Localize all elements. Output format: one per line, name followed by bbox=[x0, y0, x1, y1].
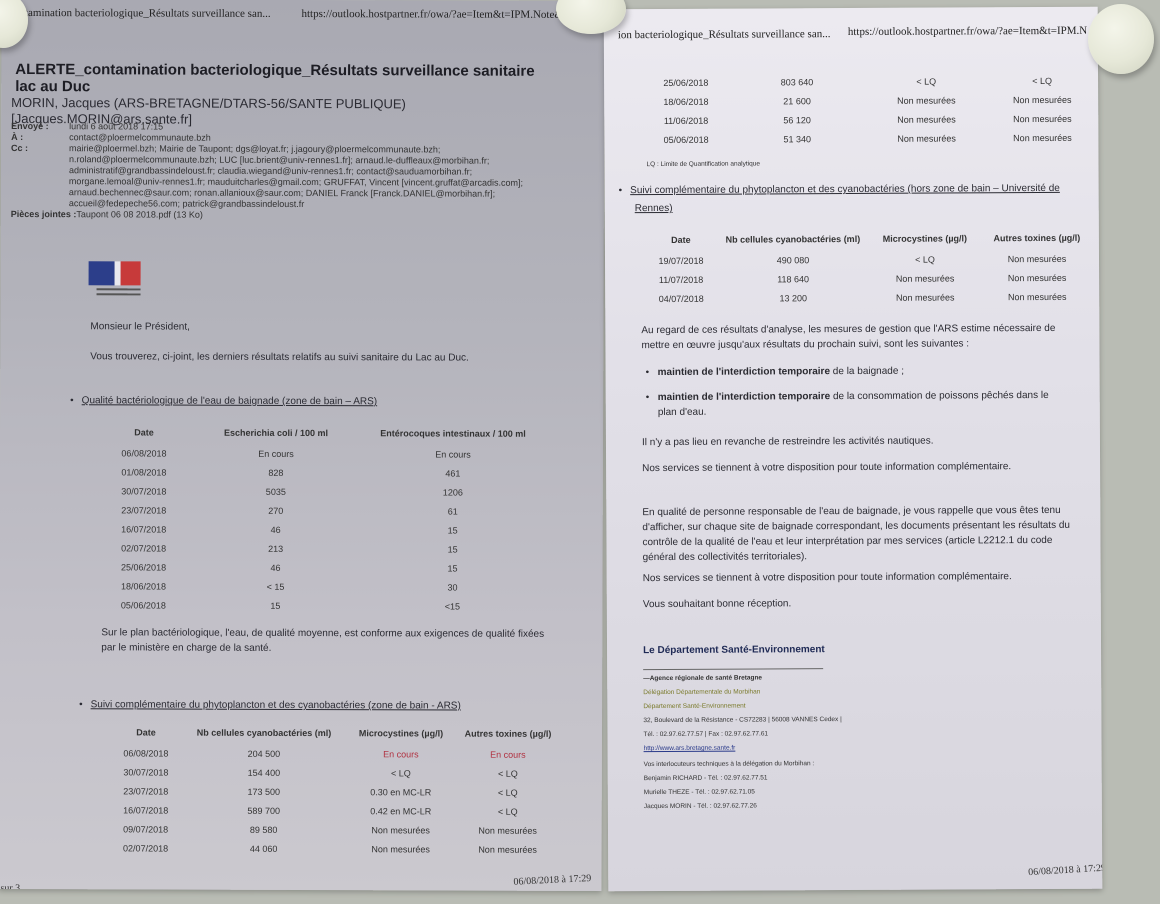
measures-intro: Au regard de ces résultats d'analyse, le… bbox=[641, 321, 1071, 353]
table-row: 01/08/2018828461 bbox=[98, 462, 544, 483]
table-cell: 23/07/2018 bbox=[109, 781, 183, 800]
table-cell: 01/08/2018 bbox=[98, 462, 190, 481]
column-header: Entérocoques intestinaux / 100 ml bbox=[362, 428, 544, 445]
lq-footnote: LQ : Limite de Quantification analytique bbox=[646, 160, 760, 168]
table-cell: En cours bbox=[190, 444, 362, 464]
print-header-url: https://outlook.hostpartner.fr/owa/?ae=I… bbox=[848, 25, 1087, 38]
bacteriological-conclusion: Sur le plan bactériologique, l'eau, de q… bbox=[101, 625, 551, 657]
table-cell: 25/06/2018 bbox=[644, 73, 728, 92]
nautical-activities-note: Il n'y a pas lieu en revanche de restrei… bbox=[642, 433, 1072, 450]
table-cell: 30 bbox=[361, 577, 543, 597]
column-header: Autres toxines (µg/l) bbox=[981, 233, 1093, 250]
table-cell: 51 340 bbox=[728, 129, 867, 149]
table-cell: Non mesurées bbox=[869, 268, 981, 288]
table-row: 25/06/2018803 640< LQ< LQ bbox=[644, 71, 1098, 92]
subject-line-2: lac au Duc bbox=[15, 78, 575, 97]
table-cell: 89 580 bbox=[183, 820, 345, 840]
table-cell: 44 060 bbox=[183, 839, 345, 859]
table-cell: 0.42 en MC-LR bbox=[345, 801, 457, 820]
column-header: Date bbox=[645, 235, 717, 251]
table-row: 23/07/2018173 5000.30 en MC-LR< LQ bbox=[109, 781, 559, 802]
table-cell: Non mesurées bbox=[981, 249, 1093, 269]
cc-label: Cc : bbox=[11, 143, 69, 209]
table-cell: 15 bbox=[189, 596, 361, 616]
table-cell: 30/07/2018 bbox=[98, 481, 190, 500]
table-cell: < LQ bbox=[866, 71, 986, 91]
table-cell: Non mesurées bbox=[986, 128, 1098, 148]
table-cyanobacteria-outside-zone: DateNb cellules cyanobactéries (ml)Micro… bbox=[645, 233, 1093, 308]
table-cell: < LQ bbox=[869, 249, 981, 269]
table-cell: 06/08/2018 bbox=[109, 743, 183, 762]
sent-label: Envoyé : bbox=[11, 121, 69, 132]
attachment-file: Taupont 06 08 2018.pdf (13 Ko) bbox=[76, 209, 203, 220]
table-row: 05/06/201815<15 bbox=[97, 595, 543, 616]
table-cell: 25/06/2018 bbox=[98, 557, 190, 576]
display-obligation-reminder: En qualité de personne responsable de l'… bbox=[642, 503, 1072, 565]
table-row: 18/06/201821 600Non mesuréesNon mesurées bbox=[644, 90, 1098, 111]
availability-note-2: Nos services se tiennent à votre disposi… bbox=[643, 569, 1073, 586]
table-cell: 154 400 bbox=[183, 763, 345, 783]
table-cell: 21 600 bbox=[728, 91, 867, 111]
table-cell: 18/06/2018 bbox=[644, 92, 728, 111]
table-cell: 589 700 bbox=[183, 801, 345, 821]
table-row: 30/07/201850351206 bbox=[98, 481, 544, 502]
table-cell: 13 200 bbox=[717, 288, 869, 308]
column-header: Nb cellules cyanobactéries (ml) bbox=[183, 728, 345, 745]
column-header: Nb cellules cyanobactéries (ml) bbox=[717, 234, 869, 251]
column-header: Date bbox=[98, 427, 190, 443]
column-header: Microcystines (µg/l) bbox=[869, 233, 981, 250]
table-cell: Non mesurées bbox=[457, 821, 559, 840]
section-phytoplankton-outside-zone-line2: Rennes) bbox=[635, 201, 673, 216]
push-pin-icon bbox=[1088, 4, 1154, 74]
print-timestamp-left: 06/08/2018 à 17:29 bbox=[513, 873, 591, 888]
table-cell: 490 080 bbox=[717, 250, 869, 270]
table-cell: Non mesurées bbox=[867, 128, 987, 148]
table-cell: Non mesurées bbox=[345, 839, 457, 858]
section-phytoplankton-outside-zone: Suivi complémentaire du phytoplancton et… bbox=[619, 183, 1060, 196]
signature-agency: —Agence régionale de santé Bretagne bbox=[643, 674, 762, 683]
table-cell: 270 bbox=[190, 501, 362, 521]
table-cell: Non mesurées bbox=[981, 268, 1093, 288]
table-cyanobacteria-bathing-zone-continued: 25/06/2018803 640< LQ< LQ18/06/201821 60… bbox=[644, 71, 1098, 149]
email-subject: ALERTE_contamination bacteriologique_Rés… bbox=[15, 61, 575, 97]
table-row: 04/07/201813 200Non mesuréesNon mesurées bbox=[645, 287, 1093, 308]
table-cell: 23/07/2018 bbox=[98, 500, 190, 519]
table-row: 06/08/2018204 500En coursEn cours bbox=[109, 743, 559, 764]
table-cell: 05/06/2018 bbox=[644, 130, 728, 149]
column-header: Autres toxines (µg/l) bbox=[457, 729, 559, 745]
table-row: 19/07/2018490 080< LQNon mesurées bbox=[645, 249, 1093, 270]
table-cell: < LQ bbox=[457, 802, 559, 821]
table-cell: 56 120 bbox=[728, 110, 867, 130]
print-header-url: https://outlook.hostpartner.fr/owa/?ae=I… bbox=[301, 8, 562, 21]
table-cell: 30/07/2018 bbox=[109, 762, 183, 781]
table-cell: <15 bbox=[361, 596, 543, 616]
table-cell: Non mesurées bbox=[345, 820, 457, 839]
print-timestamp-right: 06/08/2018 à 17:29 bbox=[1028, 863, 1102, 878]
table-row: 23/07/201827061 bbox=[98, 500, 544, 521]
table-cell: 173 500 bbox=[183, 782, 345, 802]
table-row: 09/07/201889 580Non mesuréesNon mesurées bbox=[109, 819, 559, 840]
to-label: À : bbox=[11, 132, 69, 143]
table-row: 25/06/20184615 bbox=[98, 557, 544, 578]
table-cell: Non mesurées bbox=[981, 287, 1093, 307]
table-cell: 11/06/2018 bbox=[644, 111, 728, 130]
table-cell: 61 bbox=[362, 501, 544, 521]
table-bacteriological-results: DateEscherichia coli / 100 mlEntérocoque… bbox=[97, 427, 544, 616]
table-cell: < LQ bbox=[345, 763, 457, 782]
table-cell: 16/07/2018 bbox=[109, 800, 183, 819]
table-row: 16/07/20184615 bbox=[98, 519, 544, 540]
signature-dept-line: Département Santé-Environnement bbox=[643, 703, 745, 712]
column-header: Microcystines (µg/l) bbox=[345, 728, 457, 744]
table-row: 02/07/201844 060Non mesuréesNon mesurées bbox=[109, 838, 559, 859]
table-cell: < LQ bbox=[457, 764, 559, 783]
signature-contact: Benjamin RICHARD - Tél. : 02.97.62.77.51 bbox=[644, 774, 768, 783]
table-cell: 15 bbox=[362, 558, 544, 578]
page-number: sur 3 bbox=[0, 883, 20, 891]
table-cell: 46 bbox=[190, 558, 362, 578]
closing: Vous souhaitant bonne réception. bbox=[643, 595, 1073, 612]
signature-department: Le Département Santé-Environnement bbox=[643, 644, 825, 656]
signature-contact: Murielle THEZE - Tél. : 02.97.62.71.05 bbox=[644, 789, 755, 798]
measures-list: maintien de l'interdiction temporaire de… bbox=[646, 363, 1066, 430]
table-cell: 0.30 en MC-LR bbox=[345, 782, 457, 801]
column-header: Date bbox=[109, 727, 183, 743]
table-cell: 1206 bbox=[362, 482, 544, 502]
table-cell: 828 bbox=[190, 463, 362, 483]
signature-delegation: Délégation Départementale du Morbihan bbox=[643, 688, 760, 697]
signature-address: 32, Boulevard de la Résistance - CS72283… bbox=[643, 716, 841, 725]
table-row: 18/06/2018< 1530 bbox=[97, 576, 543, 597]
table-cell: En cours bbox=[345, 744, 457, 763]
printed-page-2: ion bacteriologique_Résultats surveillan… bbox=[604, 7, 1103, 892]
table-cell: 19/07/2018 bbox=[645, 251, 717, 270]
table-cell: 06/08/2018 bbox=[98, 443, 190, 462]
table-cell: Non mesurées bbox=[986, 90, 1098, 110]
table-cell: 16/07/2018 bbox=[98, 519, 190, 538]
table-cell: Non mesurées bbox=[866, 90, 986, 110]
table-cell: 803 640 bbox=[728, 72, 867, 92]
signature-website-link[interactable]: http://www.ars.bretagne.sante.fr bbox=[644, 745, 736, 753]
table-row: 11/07/2018118 640Non mesuréesNon mesurée… bbox=[645, 268, 1093, 289]
table-cell: < LQ bbox=[986, 71, 1098, 91]
availability-note-1: Nos services se tiennent à votre disposi… bbox=[642, 459, 1072, 476]
printed-page-1: ntamination bacteriologique_Résultats su… bbox=[0, 0, 605, 891]
table-cell: 118 640 bbox=[717, 269, 869, 289]
salutation: Monsieur le Président, bbox=[90, 319, 190, 334]
table-row: 11/06/201856 120Non mesuréesNon mesurées bbox=[644, 109, 1098, 130]
table-cell: 46 bbox=[190, 520, 362, 540]
table-cell: En cours bbox=[362, 444, 544, 464]
table-cell: 461 bbox=[362, 463, 544, 483]
table-cell: 02/07/2018 bbox=[109, 838, 183, 857]
table-cell: 15 bbox=[362, 539, 544, 559]
table-row: 16/07/2018589 7000.42 en MC-LR< LQ bbox=[109, 800, 559, 821]
intro-paragraph: Vous trouverez, ci-joint, les derniers r… bbox=[90, 349, 469, 365]
measure-item: maintien de l'interdiction temporaire de… bbox=[646, 388, 1066, 420]
table-cyanobacteria-bathing-zone: DateNb cellules cyanobactéries (ml)Micro… bbox=[109, 727, 559, 859]
table-row: 05/06/201851 340Non mesuréesNon mesurées bbox=[644, 128, 1098, 149]
section-phytoplankton-bathing-zone: Suivi complémentaire du phytoplancton et… bbox=[79, 699, 461, 711]
table-cell: 02/07/2018 bbox=[98, 538, 190, 557]
section-bacteriological-quality: Qualité bactériologique de l'eau de baig… bbox=[70, 395, 377, 407]
table-cell: Non mesurées bbox=[457, 840, 559, 859]
signature-phone-fax: Tél. : 02.97.62.77.57 | Fax : 02.97.62.7… bbox=[643, 730, 768, 739]
table-cell: 09/07/2018 bbox=[109, 819, 183, 838]
table-cell: 204 500 bbox=[183, 744, 345, 764]
subject-line-1: ALERTE_contamination bacteriologique_Rés… bbox=[15, 61, 575, 80]
measure-item: maintien de l'interdiction temporaire de… bbox=[646, 363, 1066, 380]
attachments-label: Pièces jointes : bbox=[11, 209, 77, 220]
cc-value: mairie@ploermel.bzh; Mairie de Taupont; … bbox=[69, 143, 539, 211]
column-header: Escherichia coli / 100 ml bbox=[190, 428, 362, 445]
table-row: 02/07/201821315 bbox=[98, 538, 544, 559]
print-header-title: ntamination bacteriologique_Résultats su… bbox=[19, 7, 270, 20]
table-cell: 5035 bbox=[190, 482, 362, 502]
republique-francaise-logo bbox=[88, 261, 146, 303]
signature-contacts-intro: Vos interlocuteurs techniques à la délég… bbox=[644, 760, 815, 769]
table-cell: < 15 bbox=[189, 577, 361, 597]
signature-divider bbox=[643, 668, 823, 670]
table-row: 30/07/2018154 400< LQ< LQ bbox=[109, 762, 559, 783]
print-header-title: ion bacteriologique_Résultats surveillan… bbox=[618, 28, 831, 41]
email-metadata: Envoyé :lundi 6 août 2018 17:15 À :conta… bbox=[11, 121, 539, 222]
table-cell: Non mesurées bbox=[986, 109, 1098, 129]
table-cell: En cours bbox=[457, 745, 559, 764]
sender-name: MORIN, Jacques (ARS-BRETAGNE/DTARS-56/SA… bbox=[11, 95, 406, 112]
table-cell: 15 bbox=[362, 520, 544, 540]
table-cell: 05/06/2018 bbox=[97, 595, 189, 614]
signature-contact: Jacques MORIN - Tél. : 02.97.62.77.26 bbox=[644, 803, 757, 812]
table-cell: Non mesurées bbox=[867, 109, 987, 129]
table-cell: 213 bbox=[190, 539, 362, 559]
table-cell: 11/07/2018 bbox=[645, 270, 717, 289]
table-cell: < LQ bbox=[457, 783, 559, 802]
table-cell: 04/07/2018 bbox=[645, 289, 717, 308]
table-row: 06/08/2018En coursEn cours bbox=[98, 443, 544, 464]
table-cell: 18/06/2018 bbox=[97, 576, 189, 595]
table-cell: Non mesurées bbox=[869, 287, 981, 307]
